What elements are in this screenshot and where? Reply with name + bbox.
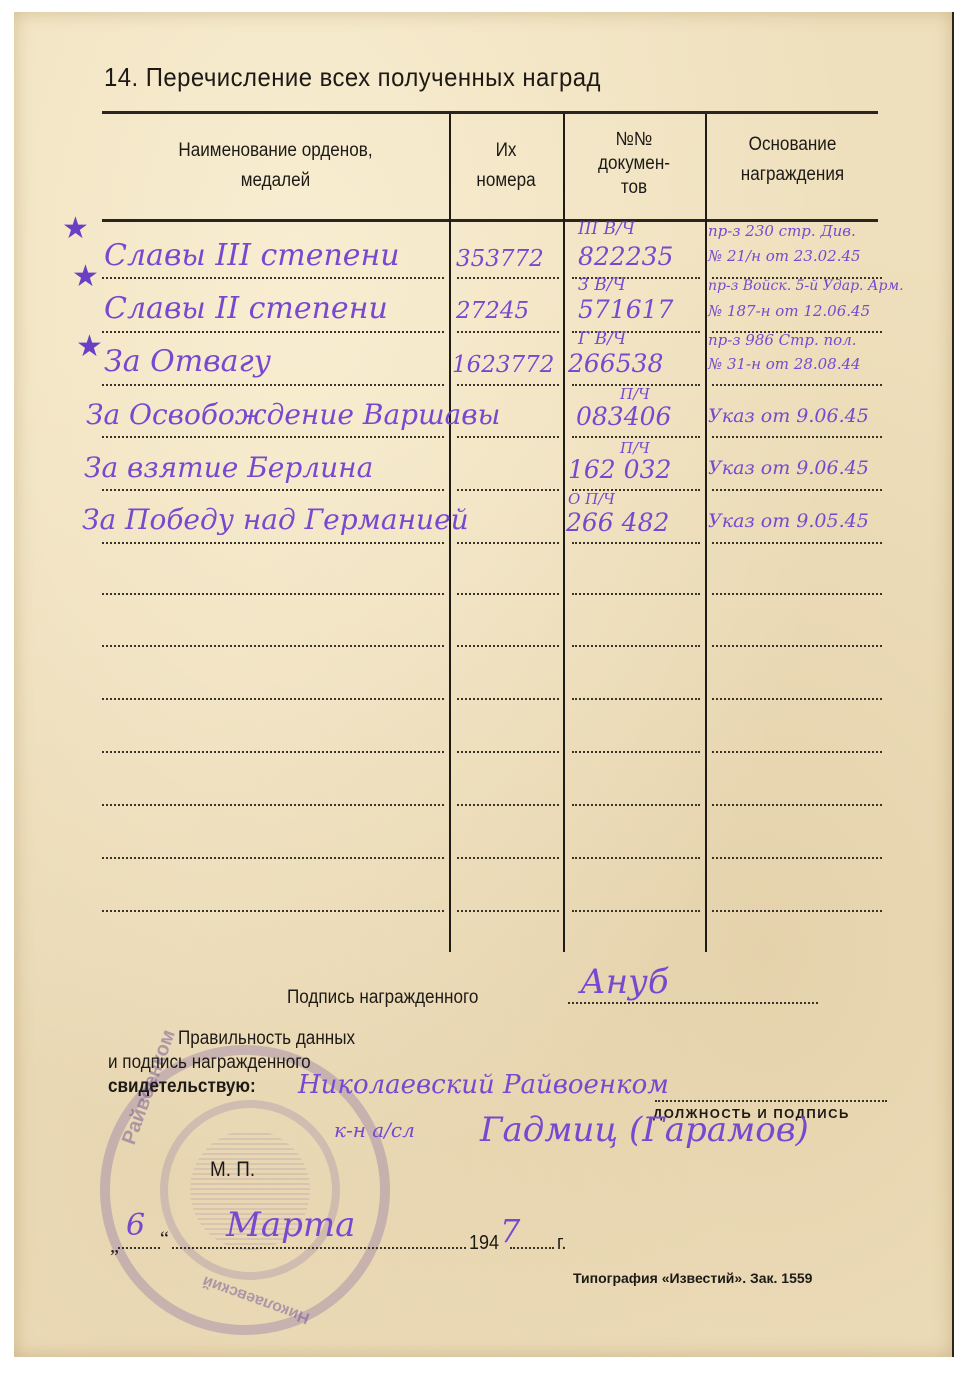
header-award-basis: Основание награждения <box>714 130 872 190</box>
award-basis-line2: № 187-н от 12.06.45 <box>708 302 870 320</box>
award-number: 353772 <box>456 246 544 272</box>
star-mark-icon: ★ <box>72 262 99 292</box>
date-year-label: г. <box>557 1232 566 1255</box>
header-line: докумен- <box>570 152 698 176</box>
date-year-prefix: 194 <box>469 1232 499 1255</box>
award-basis-line1: Указ от 9.06.45 <box>708 405 869 427</box>
header-line: медалей <box>119 166 431 196</box>
header-line: Основание <box>714 130 872 160</box>
document-series: П/Ч <box>620 385 650 403</box>
award-number: 1623772 <box>452 352 554 378</box>
awardee-signature: Ануб <box>580 962 669 1002</box>
column-divider-3 <box>705 114 707 952</box>
award-name: За взятие Берлина <box>84 451 373 484</box>
award-basis-line1: Указ от 9.05.45 <box>708 510 869 532</box>
header-award-number: Их номера <box>455 136 558 196</box>
date-month-line <box>172 1247 466 1249</box>
date-day-line <box>118 1247 160 1249</box>
award-name: За Освобождение Варшавы <box>86 398 500 431</box>
award-basis-line1: пр-з Войск. 5-й Удар. Арм. <box>708 278 904 294</box>
award-name: Славы II степени <box>104 291 388 326</box>
header-line: №№ <box>570 128 698 152</box>
certify-line-3: свидетельствую: <box>108 1076 256 1098</box>
header-line: награждения <box>714 160 872 190</box>
date-day: 6 <box>126 1208 145 1243</box>
printer-imprint: Типография «Известий». Зак. 1559 <box>573 1270 812 1286</box>
header-award-name: Наименование орденов, медалей <box>119 136 431 196</box>
header-document-number: №№ докумен- тов <box>570 128 698 200</box>
award-basis-line1: пр-з 986 Стр. пол. <box>708 331 857 349</box>
date-year-suffix: 7 <box>500 1212 520 1250</box>
award-basis-line2: № 21/н от 23.02.45 <box>708 247 861 265</box>
award-basis-line1: пр-з 230 стр. Див. <box>708 222 856 240</box>
awardee-signature-line <box>568 1002 818 1004</box>
award-name: За Победу над Германией <box>82 503 469 536</box>
document-series: 3 В/Ч <box>578 275 626 295</box>
header-line: номера <box>455 166 558 196</box>
awardee-signature-label: Подпись награжденного <box>287 987 478 1009</box>
document-series: III В/Ч <box>578 219 635 239</box>
document-number: 266 482 <box>566 508 669 537</box>
header-line: тов <box>570 176 698 200</box>
column-divider-2 <box>563 114 565 952</box>
document-series: О П/Ч <box>568 490 615 508</box>
award-name: Славы III степени <box>104 238 400 273</box>
certify-line-2: и подпись награжденного <box>108 1052 311 1074</box>
official-signature-line <box>655 1100 887 1102</box>
document-number: 822235 <box>578 242 673 271</box>
official-rank: к-н а/сл <box>334 1118 415 1142</box>
date-close-quote: “ <box>160 1228 169 1251</box>
header-line: Наименование орденов, <box>119 136 431 166</box>
date-year-line <box>510 1247 554 1249</box>
seal-place-mark: М. П. <box>210 1158 255 1182</box>
date-month: Марта <box>226 1205 355 1245</box>
award-name: За Отвагу <box>104 344 271 379</box>
star-mark-icon: ★ <box>76 332 103 362</box>
award-number: 27245 <box>456 298 529 324</box>
award-basis-line2: № 31-н от 28.08.44 <box>708 355 861 373</box>
table-top-rule <box>102 111 878 114</box>
document-number: 162 032 <box>568 455 671 484</box>
header-line: Их <box>455 136 558 166</box>
star-mark-icon: ★ <box>62 214 89 244</box>
document-number: 083406 <box>576 402 671 431</box>
official-position: Николаевский Райвоенком <box>298 1070 669 1100</box>
document-number: 571617 <box>578 295 673 324</box>
document-number: 266538 <box>568 349 663 378</box>
certify-line-1: Правильность данных <box>178 1028 355 1050</box>
award-basis-line1: Указ от 9.06.45 <box>708 457 869 479</box>
section-title: 14. Перечисление всех полученных наград <box>104 62 601 93</box>
official-signature: Гадмиц (Гарамов) <box>480 1110 809 1150</box>
document-series: Г В/Ч <box>578 329 626 349</box>
